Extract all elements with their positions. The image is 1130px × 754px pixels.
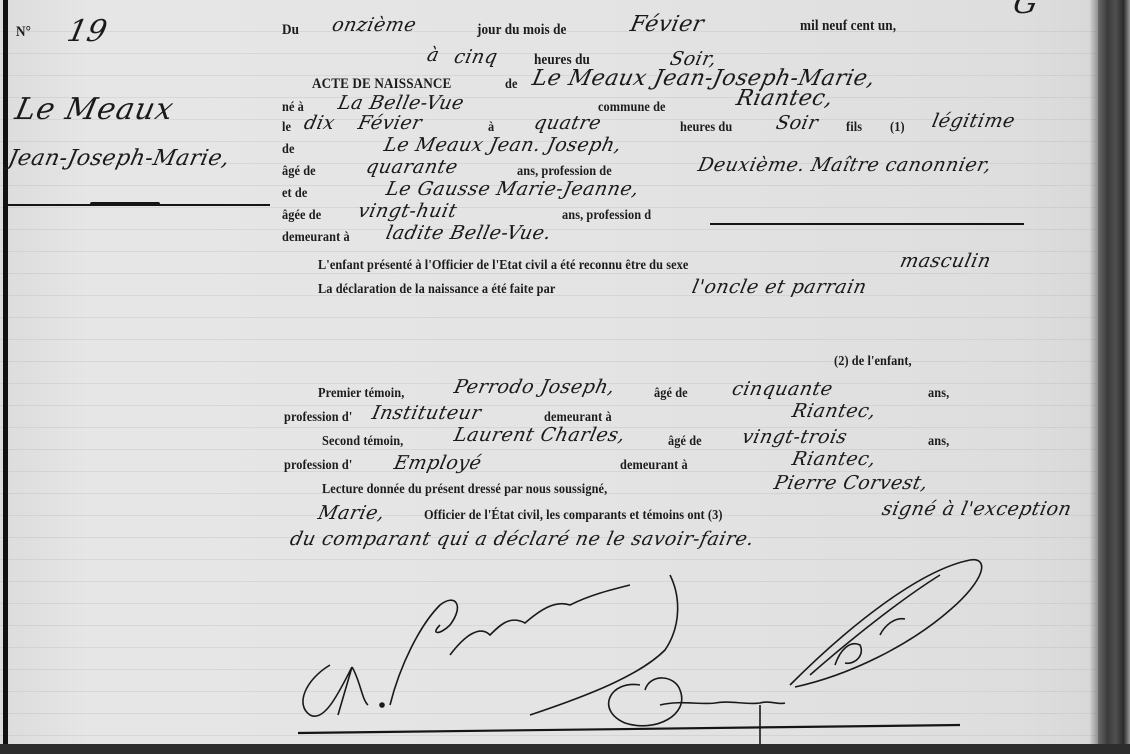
viewer-bottom-bar: [0, 744, 1130, 754]
fils-label: fils: [846, 120, 862, 136]
second-witness-age: vingt-trois: [740, 426, 849, 448]
declaration-statement: La déclaration de la naissance a été fai…: [318, 282, 555, 298]
officer-name-1: Pierre Corvest,: [772, 472, 930, 494]
declarant-value: l'oncle et parrain: [690, 276, 869, 298]
father-age-label: âgé de: [282, 164, 316, 180]
second-witness-profession-label: profession d': [284, 458, 352, 474]
mother-age-label: âgée de: [282, 208, 321, 224]
entry-number-label: N°: [16, 24, 31, 41]
second-witness-demeurant: demeurant à: [620, 458, 688, 474]
ne-a-label: né à: [282, 100, 304, 116]
signed-statement: signé à l'exception: [880, 498, 1074, 520]
first-witness-ans: ans,: [928, 386, 949, 402]
le-label: le: [282, 120, 291, 136]
register-page: N° 19 Le Meaux Jean-Joseph-Marie, Du onz…: [0, 0, 1130, 744]
du-label: Du: [282, 22, 299, 39]
acte-title: ACTE DE NAISSANCE: [312, 76, 451, 93]
father-name: Le Meaux Jean. Joseph,: [382, 134, 624, 156]
first-witness-profession: Instituteur: [370, 402, 483, 424]
exception-statement: du comparant qui a déclaré ne le savoir-…: [288, 528, 756, 550]
entry-number: 19: [64, 14, 111, 49]
lecture-statement: Lecture donnée du présent dressé par nou…: [322, 482, 607, 498]
father-de-label: de: [282, 142, 294, 158]
second-witness-label: Second témoin,: [322, 434, 403, 450]
second-witness-residence: Riantec,: [790, 448, 878, 470]
mother-et-de-label: et de: [282, 186, 307, 202]
note-1: (1): [890, 120, 905, 136]
signature-baseline: [298, 725, 960, 733]
first-witness-label: Premier témoin,: [318, 386, 404, 402]
signature-ch-laurent: [303, 575, 678, 716]
second-witness-ans: ans,: [928, 434, 949, 450]
first-witness-age-label: âgé de: [654, 386, 688, 402]
margin-divider-swell: [90, 202, 160, 206]
birth-month-value: Févier: [356, 112, 424, 134]
book-binding: [1098, 0, 1130, 744]
birthplace-value: La Belle-Vue: [336, 92, 466, 114]
binding-shadow: [1090, 0, 1098, 744]
sex-value: masculin: [898, 250, 993, 272]
birth-heure-label: heures du: [680, 120, 732, 136]
margin-given-names: Jean-Joseph-Marie,: [6, 146, 232, 171]
hour-value: cinq: [452, 46, 500, 68]
residence-value: ladite Belle-Vue.: [384, 222, 553, 244]
residence-label: demeurant à: [282, 230, 350, 246]
month-value: Févier: [628, 12, 706, 37]
first-witness-age: cinquante: [730, 378, 835, 400]
birth-tod-value: Soir: [774, 112, 820, 134]
commune-value: Riantec,: [734, 86, 835, 111]
birth-day-value: dix: [302, 112, 337, 134]
note-2-de-lenfant: (2) de l'enfant,: [834, 354, 912, 370]
jour-du-mois-label: jour du mois de: [477, 22, 566, 39]
day-value: onzième: [330, 14, 418, 36]
year-value: mil neuf cent un,: [800, 18, 896, 35]
birth-hour-value: quatre: [532, 112, 603, 134]
mother-profession-label: ans, profession d: [562, 208, 651, 224]
father-profession: Deuxième. Maître canonnier,: [696, 154, 994, 176]
mother-profession-blank-line: [710, 223, 1024, 225]
acte-de-label: de: [505, 77, 517, 93]
left-margin-border: [3, 0, 8, 744]
signatures-area: [290, 555, 1010, 744]
first-witness-name: Perrodo Joseph,: [452, 376, 617, 398]
legitimacy-value: légitime: [930, 110, 1017, 132]
signature-corvest: [790, 560, 982, 687]
signature-perrodo: [609, 678, 785, 744]
officier-statement: Officier de l'État civil, les comparants…: [424, 508, 723, 524]
second-witness-name: Laurent Charles,: [452, 424, 627, 446]
margin-surname: Le Meaux: [12, 92, 177, 127]
officer-name-2: Marie,: [316, 502, 387, 524]
second-witness-age-label: âgé de: [668, 434, 702, 450]
sex-statement: L'enfant présenté à l'Officier de l'Etat…: [318, 258, 688, 274]
father-age: quarante: [364, 156, 460, 178]
second-witness-profession: Employé: [392, 452, 484, 474]
mother-age: vingt-huit: [356, 200, 459, 222]
first-witness-residence: Riantec,: [790, 400, 878, 422]
commune-label: commune de: [598, 100, 666, 116]
mother-name: Le Gausse Marie-Jeanne,: [384, 178, 641, 200]
first-witness-profession-label: profession d': [284, 410, 352, 426]
